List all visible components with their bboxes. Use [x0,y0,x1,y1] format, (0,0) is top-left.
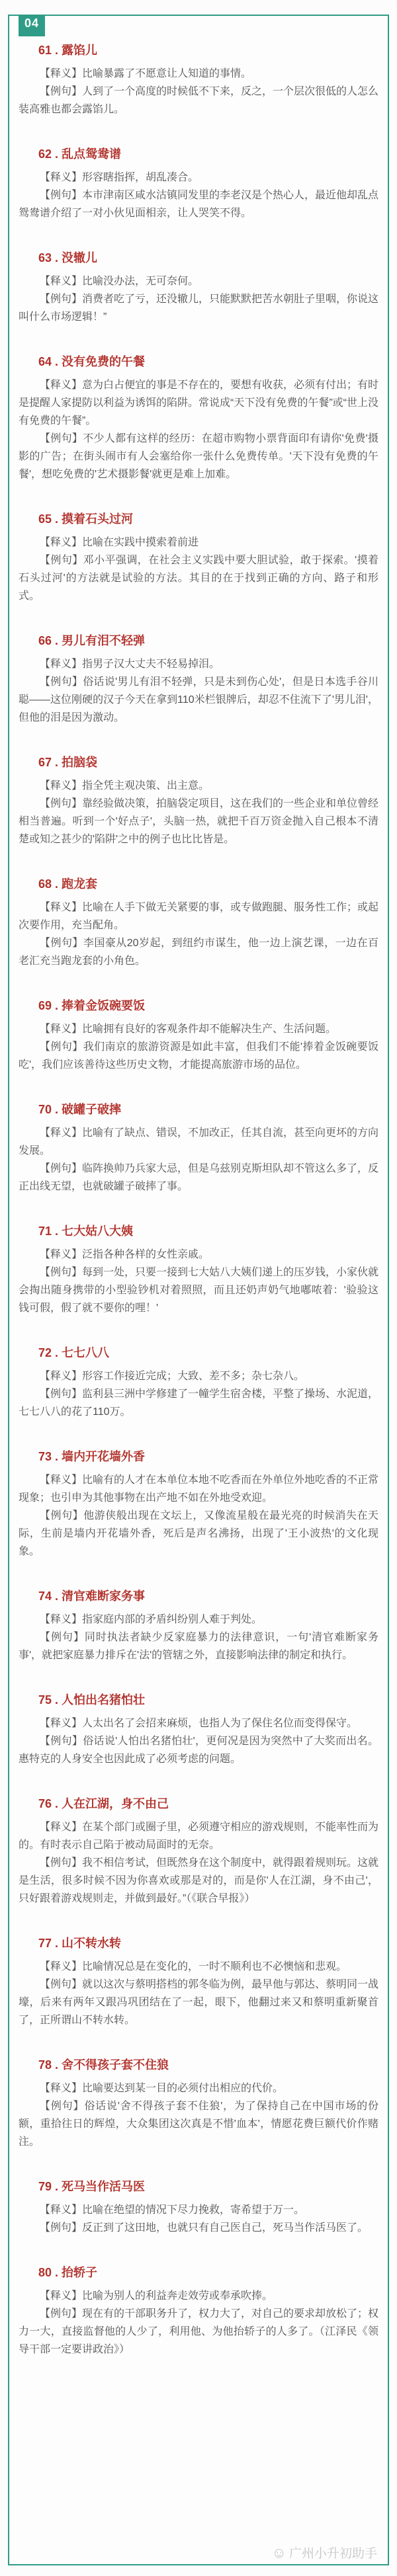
entry-title: 79 . 死马当作活马医 [19,2179,378,2194]
entry-example: 【例句】俗话说'人怕出名猪怕壮'，更何况是因为突然中了大奖而出名。惠特克的人身安… [19,1732,378,1768]
entry-definition: 【释义】形容瞎指挥，胡乱凑合。 [19,169,378,186]
idiom-entry: 69 . 捧着金饭碗要饭【释义】比喻拥有良好的客观条件却不能解决生产、生活问题。… [19,998,378,1074]
entry-definition: 【释义】指家庭内部的矛盾纠纷别人难于判处。 [19,1611,378,1629]
idiom-entry: 67 . 拍脑袋【释义】指全凭主观决策、出主意。【例句】靠经验做决策，拍脑袋定项… [19,754,378,848]
entry-title: 66 . 男儿有泪不轻弹 [19,633,378,649]
entry-title: 80 . 抬轿子 [19,2265,378,2280]
content-frame: 04 61 . 露馅儿【释义】比喻暴露了不愿意让人知道的事情。【例句】人到了一个… [8,15,389,2565]
entry-example: 【例句】不少人都有这样的经历：在超市购物小票背面印有请你'免费'摄影的广告；在街… [19,430,378,483]
entry-example: 【例句】每到一处，只要一接到七大姑八大姨们递上的压岁钱，小家伙就会掏出随身携带的… [19,1264,378,1317]
section-number-badge: 04 [19,15,45,36]
entry-definition: 【释义】人太出名了会招来麻烦，也指人为了保住名位而变得保守。 [19,1714,378,1732]
entry-definition: 【释义】比喻为别人的利益奔走效劳或奉承吹捧。 [19,2287,378,2305]
idiom-entry: 66 . 男儿有泪不轻弹【释义】指男子汉大丈夫不轻易掉泪。【例句】俗话说'男儿有… [19,633,378,727]
idiom-entry: 80 . 抬轿子【释义】比喻为别人的利益奔走效劳或奉承吹捧。【例句】现在有的干部… [19,2265,378,2358]
entry-example: 【例句】监利县三洲中学修建了一幢学生宿舍楼，平整了操场、水泥道，七七八八的花了1… [19,1385,378,1421]
watermark: ☺ 广州小升初助手 [272,2544,377,2561]
entry-example: 【例句】反正到了这田地，也就只有自己医自己，死马当作活马医了。 [19,2219,378,2237]
entry-definition: 【释义】比喻没办法，无可奈何。 [19,272,378,290]
entry-title: 76 . 人在江湖，身不由己 [19,1796,378,1812]
entry-title: 73 . 墙内开花墙外香 [19,1449,378,1465]
entry-title: 62 . 乱点鸳鸯谱 [19,146,378,162]
entry-title: 71 . 七大姑八大姨 [19,1223,378,1239]
entry-title: 72 . 七七八八 [19,1345,378,1361]
watermark-text: 广州小升初助手 [289,2544,377,2561]
entry-definition: 【释义】比喻在人手下做无关紧要的事，或专做跑腿、服务性工作；或起次要作用，充当配… [19,899,378,934]
idiom-entry: 78 . 舍不得孩子套不住狼【释义】比喻要达到某一目的必须付出相应的代价。【例句… [19,2057,378,2151]
entry-definition: 【释义】比喻要达到某一目的必须付出相应的代价。 [19,2079,378,2097]
entry-example: 【例句】人到了一个高度的时候低不下来，反之，一个层次很低的人怎么装高雅也都会露馅… [19,83,378,118]
idiom-entry: 70 . 破罐子破摔【释义】比喻有了缺点、错误，不加改正，任其自流，甚至向更坏的… [19,1102,378,1195]
entry-title: 75 . 人怕出名猪怕壮 [19,1692,378,1708]
entry-title: 77 . 山不转水转 [19,1935,378,1951]
idiom-entry: 72 . 七七八八【释义】形容工作接近完成；大致、差不多；杂七杂八。【例句】监利… [19,1345,378,1421]
entry-title: 69 . 捧着金饭碗要饭 [19,998,378,1014]
entry-example: 【例句】本市津南区咸水沽镇同发里的李老汉是个热心人，最近他却乱点鸳鸯谱介绍了一对… [19,186,378,222]
entry-title: 63 . 没辙儿 [19,250,378,266]
entry-title: 78 . 舍不得孩子套不住狼 [19,2057,378,2073]
entry-definition: 【释义】比喻情况总是在变化的，一时不顺利也不必懊恼和悲观。 [19,1958,378,1976]
entries-list: 61 . 露馅儿【释义】比喻暴露了不愿意让人知道的事情。【例句】人到了一个高度的… [19,42,378,2358]
entry-title: 67 . 拍脑袋 [19,754,378,770]
smiley-face-icon: ☺ [272,2546,287,2560]
entry-definition: 【释义】指全凭主观决策、出主意。 [19,777,378,795]
entry-title: 74 . 清官难断家务事 [19,1588,378,1604]
entry-definition: 【释义】泛指各种各样的女性亲戚。 [19,1246,378,1264]
entry-title: 65 . 摸着石头过河 [19,511,378,527]
idiom-entry: 79 . 死马当作活马医【释义】比喻在绝望的情况下尽力挽救，寄希望于万一。【例句… [19,2179,378,2237]
idiom-entry: 68 . 跑龙套【释义】比喻在人手下做无关紧要的事，或专做跑腿、服务性工作；或起… [19,876,378,970]
entry-example: 【例句】邓小平强调，在社会主义实践中要大胆试验，敢于探索。'摸着石头过河'的方法… [19,551,378,605]
entry-definition: 【释义】比喻拥有良好的客观条件却不能解决生产、生活问题。 [19,1020,378,1038]
idiom-entry: 63 . 没辙儿【释义】比喻没办法，无可奈何。【例句】消费者吃了亏，还没辙儿，只… [19,250,378,326]
entry-example: 【例句】我们南京的旅游资源是如此丰富，但我们不能'捧着金饭碗要饭吃'，我们应该善… [19,1038,378,1074]
entry-definition: 【释义】比喻在实践中摸索着前进 [19,534,378,551]
idiom-entry: 62 . 乱点鸳鸯谱【释义】形容瞎指挥，胡乱凑合。【例句】本市津南区咸水沽镇同发… [19,146,378,222]
idiom-entry: 65 . 摸着石头过河【释义】比喻在实践中摸索着前进【例句】邓小平强调，在社会主… [19,511,378,605]
idiom-entry: 77 . 山不转水转【释义】比喻情况总是在变化的，一时不顺利也不必懊恼和悲观。【… [19,1935,378,2029]
entry-title: 70 . 破罐子破摔 [19,1102,378,1117]
entry-definition: 【释义】比喻有了缺点、错误，不加改正，任其自流，甚至向更坏的方向发展。 [19,1124,378,1160]
idiom-entry: 74 . 清官难断家务事【释义】指家庭内部的矛盾纠纷别人难于判处。【例句】同时执… [19,1588,378,1664]
idiom-entry: 73 . 墙内开花墙外香【释义】比喻有的人才在本单位本地不吃香而在外单位外地吃香… [19,1449,378,1560]
entry-example: 【例句】俗话说'男儿有泪不轻弹，只是未到伤心处'，但是日本选手谷川聪——这位刚硬… [19,673,378,727]
entry-definition: 【释义】指男子汉大丈夫不轻易掉泪。 [19,655,378,673]
entry-title: 68 . 跑龙套 [19,876,378,892]
entry-example: 【例句】消费者吃了亏，还没辙儿，只能默默把苦水朝肚子里咽，你说这叫什么市场逻辑！… [19,290,378,326]
entry-title: 61 . 露馅儿 [19,42,378,58]
entry-example: 【例句】临阵换帅乃兵家大忌，但是乌兹别克斯坦队却不管这么多了，反正出线无望，也就… [19,1160,378,1195]
entry-definition: 【释义】比喻在绝望的情况下尽力挽救，寄希望于万一。 [19,2201,378,2219]
idiom-entry: 71 . 七大姑八大姨【释义】泛指各种各样的女性亲戚。【例句】每到一处，只要一接… [19,1223,378,1317]
entry-definition: 【释义】意为白占便宜的事是不存在的，要想有收获，必须有付出；有时是提醒人家提防以… [19,376,378,430]
entry-example: 【例句】同时执法者缺少反家庭暴力的法律意识，一句'清官难断家务事'，就把家庭暴力… [19,1629,378,1664]
entry-example: 【例句】现在有的干部职务升了，权力大了，对自己的要求却放松了；权力一大，直接监督… [19,2305,378,2358]
entry-example: 【例句】靠经验做决策，拍脑袋定项目，这在我们的一些企业和单位曾经相当普遍。听到一… [19,795,378,848]
entry-example: 【例句】他游侠般出现在文坛上，又像流星般在最光亮的时候消失在天际，生前是墙内开花… [19,1507,378,1560]
entry-definition: 【释义】在某个部门或圈子里，必须遵守相应的游戏规则，不能率性而为的。有时表示自己… [19,1818,378,1854]
entry-example: 【例句】我不相信考试，但既然身在这个制度中，就得跟着规则玩。这就是生活，很多时候… [19,1854,378,1908]
entry-definition: 【释义】形容工作接近完成；大致、差不多；杂七杂八。 [19,1367,378,1385]
idiom-entry: 61 . 露馅儿【释义】比喻暴露了不愿意让人知道的事情。【例句】人到了一个高度的… [19,42,378,118]
entry-definition: 【释义】比喻有的人才在本单位本地不吃香而在外单位外地吃香的不正常现象；也引申为其… [19,1471,378,1507]
entry-example: 【例句】俗话说'舍不得孩子套不住狼'，为了保持自己在中国市场的份额，重拾往日的辉… [19,2097,378,2151]
idiom-entry: 75 . 人怕出名猪怕壮【释义】人太出名了会招来麻烦，也指人为了保住名位而变得保… [19,1692,378,1768]
entry-example: 【例句】李国豪从20岁起，到纽约市谋生，他一边上演艺课，一边在百老汇充当跑龙套的… [19,934,378,970]
idiom-entry: 64 . 没有免费的午餐【释义】意为白占便宜的事是不存在的，要想有收获，必须有付… [19,354,378,483]
idiom-entry: 76 . 人在江湖，身不由己【释义】在某个部门或圈子里，必须遵守相应的游戏规则，… [19,1796,378,1908]
entry-definition: 【释义】比喻暴露了不愿意让人知道的事情。 [19,65,378,83]
entry-example: 【例句】就以这次与蔡明搭档的郭冬临为例，最早他与郭达、蔡明同一战壕，后来有两年又… [19,1976,378,2029]
entry-title: 64 . 没有免费的午餐 [19,354,378,370]
